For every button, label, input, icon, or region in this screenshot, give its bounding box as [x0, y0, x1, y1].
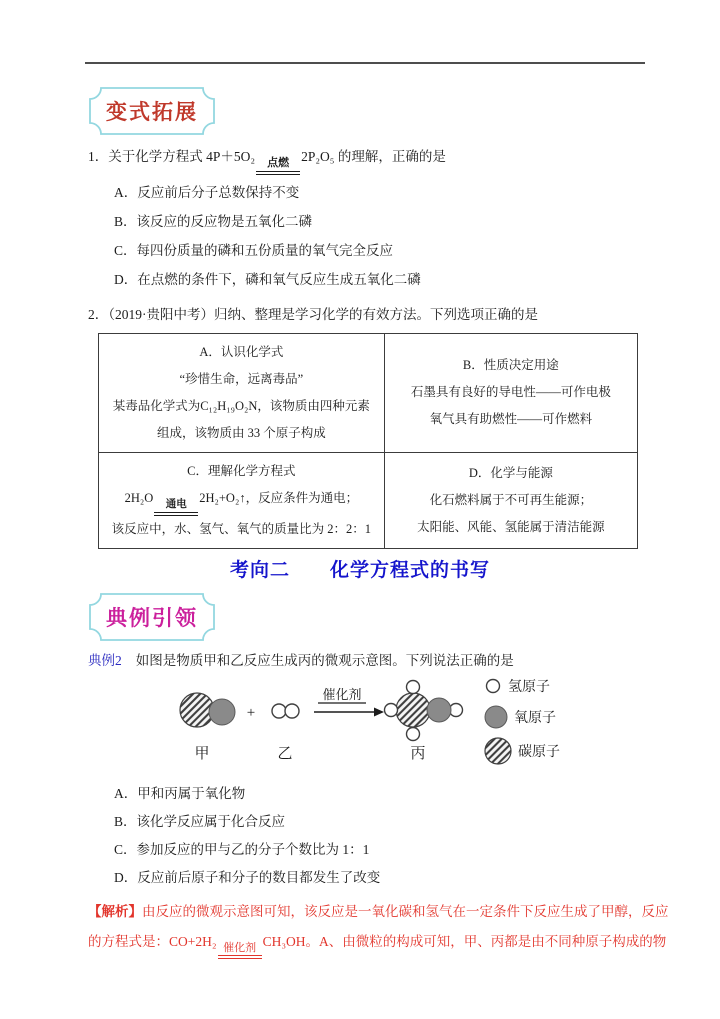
example-2-stem: 典例2如图是物质甲和乙反应生成丙的微观示意图。下列说法正确的是 — [88, 650, 632, 672]
analysis-block: 【解析】由反应的微观示意图可知，该反应是一氧化碳和氢气在一定条件下反应生成了甲醇… — [88, 897, 632, 960]
q1-pre: 1．关于化学方程式 4P＋5O₂ — [88, 149, 255, 164]
oxygen-atom-icon — [485, 706, 507, 728]
oxygen-atom-icon — [209, 699, 235, 725]
hydrogen-atom-icon — [272, 704, 286, 718]
analysis-tag: 【解析】 — [88, 904, 142, 919]
analysis-eq-post: CH₃OH。A、由微粒的构成可知，甲、丙都是由不同种原子构成的物 — [263, 934, 667, 949]
hydrogen-atom-icon — [407, 727, 420, 740]
condition-label: 点燃 — [262, 157, 294, 170]
hydrogen-atom-icon — [407, 680, 420, 693]
cell-d-line1: 化石燃料属于不可再生能源； — [393, 487, 629, 514]
question-2-stem: 2．（2019·贵阳中考）归纳、整理是学习化学的有效方法。下列选项正确的是 — [88, 304, 632, 326]
molecule-bing-label: 丙 — [410, 745, 425, 762]
badge-example-guide: 典例引领 — [88, 592, 216, 642]
example-option-d: D．反应前后原子和分子的数目都发生了改变 — [114, 864, 632, 892]
hydrogen-atom-icon — [285, 704, 299, 718]
example-2-label: 典例2 — [88, 653, 122, 668]
table-cell-d: D．化学与能源 化石燃料属于不可再生能源； 太阳能、风能、氢能属于清洁能源 — [384, 452, 637, 548]
header-rule — [85, 62, 645, 64]
cell-a-line1: “珍惜生命，远离毒品” — [107, 366, 376, 393]
table-cell-c: C．理解化学方程式 2H₂O通电2H₂+O₂↑，反应条件为通电； 该反应中，水、… — [99, 452, 385, 548]
badge-variation-extension: 变式拓展 — [88, 86, 216, 136]
equation-lhs: 2H₂O — [125, 491, 154, 505]
table-cell-a: A．认识化学式 “珍惜生命，远离毒品” 某毒品化学式为C₁₂H₁₉O₂N，该物质… — [99, 333, 385, 452]
question-1-options: A．反应前后分子总数保持不变 B．该反应的反应物是五氧化二磷 C．每四份质量的磷… — [114, 178, 632, 294]
q1-option-d: D．在点燃的条件下，磷和氧气反应生成五氧化二磷 — [114, 265, 632, 294]
document-page: 变式拓展 1．关于化学方程式 4P＋5O₂点燃2P₂O₅ 的理解，正确的是 A．… — [0, 0, 720, 1019]
cell-d-title: D．化学与能源 — [393, 460, 629, 487]
cell-c-line2: 该反应中，水、氢气、氧气的质量比为 2：2：1 — [107, 516, 376, 543]
example-2-options: A．甲和丙属于氧化物 B．该化学反应属于化合反应 C．参加反应的甲与乙的分子个数… — [114, 780, 632, 892]
table-row: C．理解化学方程式 2H₂O通电2H₂+O₂↑，反应条件为通电； 该反应中，水、… — [99, 452, 638, 548]
legend-carbon-label: 碳原子 — [518, 744, 560, 760]
example-option-a: A．甲和丙属于氧化物 — [114, 780, 632, 808]
question-2-table: A．认识化学式 “珍惜生命，远离毒品” 某毒品化学式为C₁₂H₁₉O₂N，该物质… — [98, 333, 638, 549]
oxygen-atom-icon — [427, 698, 451, 722]
double-line — [218, 955, 262, 959]
cell-c-title: C．理解化学方程式 — [107, 458, 376, 485]
reaction-diagram: 甲 + 乙 催化剂 — [166, 675, 632, 777]
cell-b-title: B．性质决定用途 — [393, 352, 629, 379]
q1-option-c: C．每四份质量的磷和五份质量的氧气完全反应 — [114, 236, 632, 265]
analysis-eq-pre: 的方程式是：CO+2H₂ — [88, 934, 217, 949]
molecular-diagram-svg: 甲 + 乙 催化剂 — [166, 675, 596, 773]
legend-hydrogen-label: 氢原子 — [508, 679, 550, 695]
example-option-b: B．该化学反应属于化合反应 — [114, 808, 632, 836]
carbon-atom-icon — [396, 693, 430, 727]
cell-a-title: A．认识化学式 — [107, 339, 376, 366]
cell-a-line2: 某毒品化学式为C₁₂H₁₉O₂N，该物质由四种元素组成，该物质由 33 个原子构… — [107, 393, 376, 447]
cell-b-line2: 氧气具有助燃性——可作燃料 — [393, 406, 629, 433]
cell-d-line2: 太阳能、风能、氢能属于清洁能源 — [393, 514, 629, 541]
hydrogen-atom-icon — [487, 679, 500, 692]
condition-label: 催化剂 — [218, 942, 261, 955]
q1-option-b: B．该反应的反应物是五氧化二磷 — [114, 207, 632, 236]
plus-sign: + — [247, 705, 255, 721]
table-cell-b: B．性质决定用途 石墨具有良好的导电性——可作电极 氧气具有助燃性——可作燃料 — [384, 333, 637, 452]
equation-rhs: 2H₂+O₂↑，反应条件为通电； — [199, 491, 358, 505]
cell-b-line1: 石墨具有良好的导电性——可作电极 — [393, 379, 629, 406]
reaction-condition-ignite: 点燃 — [256, 157, 300, 175]
catalyst-label: 催化剂 — [322, 687, 361, 702]
analysis-line-1: 【解析】由反应的微观示意图可知，该反应是一氧化碳和氢气在一定条件下反应生成了甲醇… — [88, 897, 632, 927]
q1-post: 2P₂O₅ 的理解，正确的是 — [301, 149, 446, 164]
table-row: A．认识化学式 “珍惜生命，远离毒品” 某毒品化学式为C₁₂H₁₉O₂N，该物质… — [99, 333, 638, 452]
molecule-bing-CH3OH: 丙 — [385, 680, 463, 762]
analysis-text-1: 由反应的微观示意图可知，该反应是一氧化碳和氢气在一定条件下反应生成了甲醇，反应 — [142, 904, 669, 919]
atom-legend: 氢原子 氧原子 碳原子 — [485, 679, 560, 764]
carbon-atom-icon — [485, 738, 511, 764]
example-option-c: C．参加反应的甲与乙的分子个数比为 1：1 — [114, 836, 632, 864]
molecule-jia-CO: 甲 — [180, 693, 235, 762]
double-line — [256, 171, 300, 175]
analysis-line-2: 的方程式是：CO+2H₂催化剂CH₃OH。A、由微粒的构成可知，甲、丙都是由不同… — [88, 927, 632, 960]
section-heading: 考向二 化学方程式的书写 — [88, 558, 632, 584]
reaction-condition-catalyst: 催化剂 — [218, 942, 262, 960]
molecule-yi-label: 乙 — [277, 746, 292, 762]
molecule-yi-H2: 乙 — [272, 704, 299, 762]
molecule-jia-label: 甲 — [194, 745, 209, 762]
badge-variation-label: 变式拓展 — [88, 86, 216, 136]
condition-label: 通电 — [161, 499, 192, 511]
badge-example-label: 典例引领 — [88, 592, 216, 642]
catalyst-arrow: 催化剂 — [314, 687, 384, 717]
cell-c-equation: 2H₂O通电2H₂+O₂↑，反应条件为通电； — [107, 485, 376, 516]
hydrogen-atom-icon — [385, 703, 398, 716]
question-1-stem: 1．关于化学方程式 4P＋5O₂点燃2P₂O₅ 的理解，正确的是 — [88, 146, 632, 175]
example-2-text: 如图是物质甲和乙反应生成丙的微观示意图。下列说法正确的是 — [136, 653, 514, 668]
q1-option-a: A．反应前后分子总数保持不变 — [114, 178, 632, 207]
reaction-condition-electrify: 通电 — [154, 499, 198, 516]
legend-oxygen-label: 氧原子 — [514, 710, 556, 726]
arrow-head-icon — [374, 707, 384, 716]
